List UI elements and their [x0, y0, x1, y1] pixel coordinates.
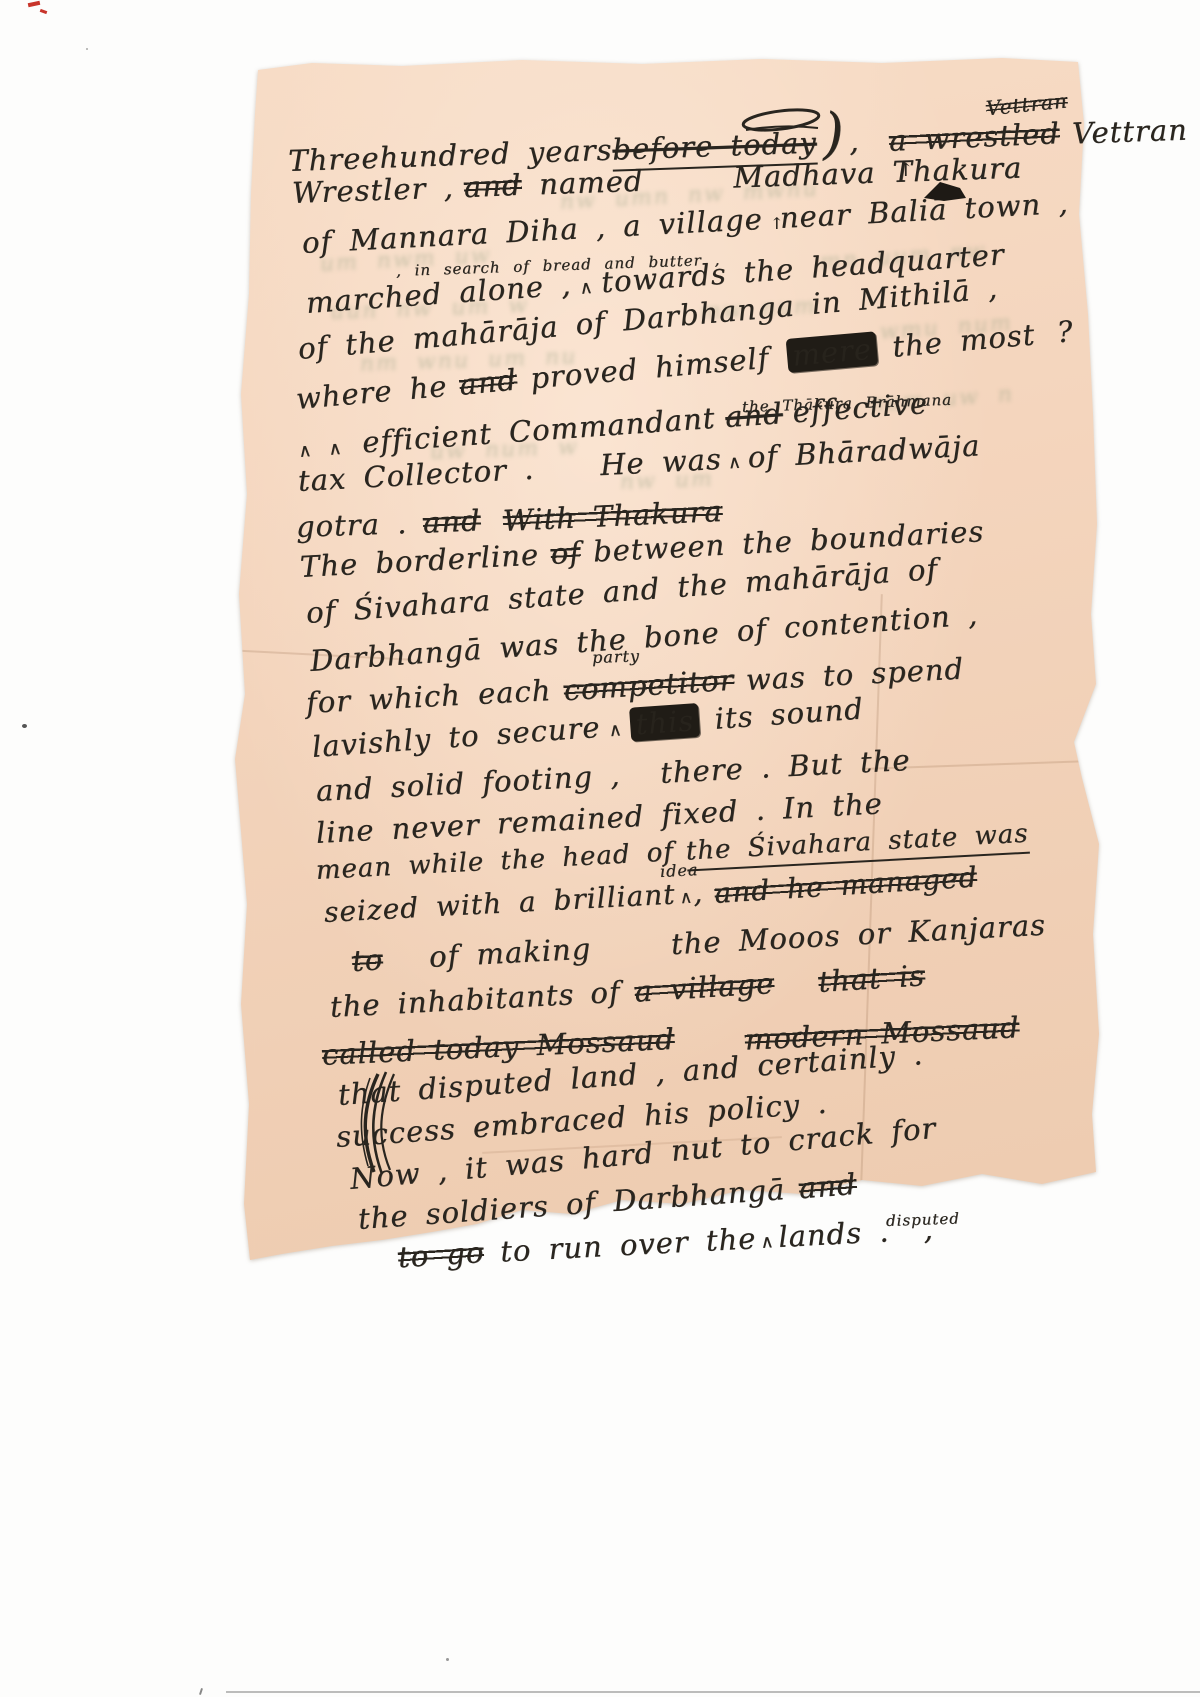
word: proved himself [529, 341, 771, 396]
word: , [692, 876, 704, 909]
word: ? [1056, 314, 1075, 349]
dust-speck [86, 48, 88, 50]
struck-word: and [798, 1167, 858, 1206]
dust-speck [446, 1658, 449, 1661]
paragraph-flourish-icon [348, 1068, 418, 1178]
word: of making [428, 931, 592, 973]
caret-mark: ∧ [579, 277, 595, 299]
word: lands . [777, 1214, 890, 1254]
struck-word: of [550, 535, 582, 571]
inked-out-word: this [629, 703, 700, 742]
word: idea [660, 860, 699, 881]
struck-word: to [351, 942, 384, 978]
word: , [922, 1212, 934, 1246]
word: Wrestler , [291, 170, 454, 210]
word: Vettran [1072, 113, 1189, 151]
word: the most [891, 317, 1037, 363]
struck-word: to go [397, 1235, 485, 1274]
word: where he [295, 369, 449, 416]
word: the Mooos or Kanjaras [670, 908, 1047, 962]
dust-speck [22, 724, 27, 728]
caret-mark: ∧ [760, 1231, 775, 1253]
word: to run over the [499, 1221, 757, 1268]
scribble-oval-icon [736, 104, 826, 138]
inked-out-word: mere [786, 331, 878, 373]
word: gotra . [295, 506, 407, 544]
caret-mark: ∧ [679, 888, 694, 909]
struck-word: and [463, 168, 522, 205]
word: of Bhāradwāja [747, 428, 981, 474]
word: , [849, 124, 860, 158]
insertion-party: party [592, 646, 641, 667]
word: lavishly to secure [311, 710, 602, 764]
word: named [539, 164, 644, 202]
word: party [592, 646, 641, 667]
ink-blob-icon [920, 178, 972, 204]
word: its sound [713, 691, 864, 735]
struck-word: competitor [562, 663, 735, 708]
word: The borderline [299, 538, 540, 584]
word: and solid footing , [315, 758, 621, 808]
word: for which each [305, 673, 552, 720]
struck-word: a village [633, 966, 775, 1009]
word: the inhabitants [329, 977, 575, 1024]
word: of [589, 975, 621, 1011]
struck-word: that is [817, 958, 926, 999]
struck-word: and [422, 503, 481, 540]
word: there . But the [659, 743, 911, 790]
caret-mark: ∧ [727, 452, 742, 474]
caret-mark: ∧ [298, 440, 314, 462]
caret-mark: ∧ [608, 719, 624, 741]
word: was to spend [745, 652, 965, 697]
caret-mark: ∧ [328, 438, 344, 460]
handwriting-layer: VettranThreehundred years before today),… [0, 0, 1200, 1697]
insertion-idea: idea [660, 860, 699, 881]
struck-word: and [457, 362, 518, 401]
scanner-edge-line [226, 1691, 1200, 1693]
word: He was [599, 442, 722, 482]
